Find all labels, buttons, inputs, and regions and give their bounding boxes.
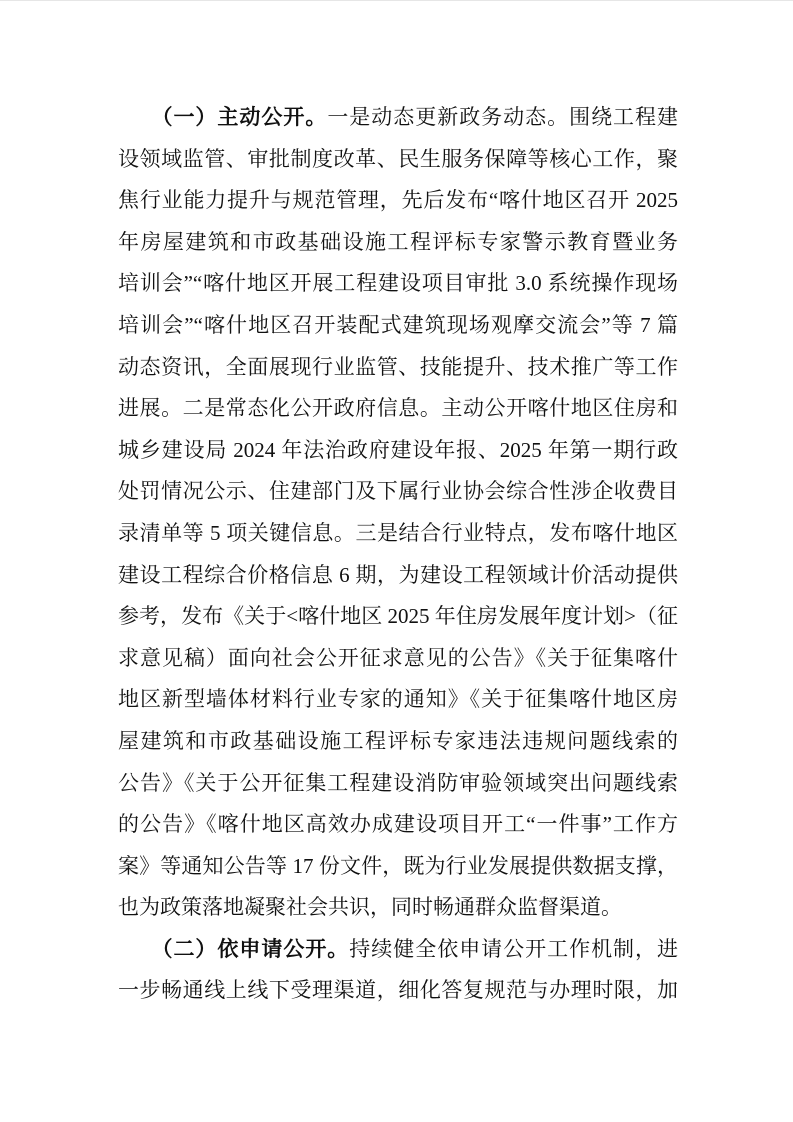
text-line: 一步畅通线上线下受理渠道，细化答复规范与办理时限，加	[118, 970, 678, 1012]
text-line: 设领域监管、审批制度改革、民生服务保障等核心工作，聚	[118, 139, 678, 181]
text-segment: 年房屋建筑和市政基础设施工程评标专家警示教育暨业务	[118, 230, 678, 254]
text-segment: 培训会”“喀什地区召开装配式建筑现场观摩交流会”等 7 篇	[118, 313, 678, 337]
text-line: 焦行业能力提升与规范管理，先后发布“喀什地区召开 2025	[118, 180, 678, 222]
text-line: 培训会”“喀什地区开展工程建设项目审批 3.0 系统操作现场	[118, 263, 678, 305]
page-top-edge	[0, 0, 793, 1]
text-line: 公告》《关于公开征集工程建设消防审验领域突出问题线索	[118, 763, 678, 805]
para-1: （一）主动公开。一是动态更新政务动态。围绕工程建设领域监管、审批制度改革、民生服…	[118, 97, 678, 929]
text-segment: 动态资讯，全面展现行业监管、技能提升、技术推广等工作	[118, 355, 678, 379]
text-line: 也为政策落地凝聚社会共识，同时畅通群众监督渠道。	[118, 887, 678, 929]
text-line: 年房屋建筑和市政基础设施工程评标专家警示教育暨业务	[118, 222, 678, 264]
text-segment: 屋建筑和市政基础设施工程评标专家违法违规问题线索的	[118, 729, 678, 753]
text-segment: 地区新型墙体材料行业专家的通知》《关于征集喀什地区房	[118, 687, 678, 711]
text-segment: 建设工程综合价格信息 6 期，为建设工程领域计价活动提供	[118, 563, 678, 587]
text-segment: 录清单等 5 项关键信息。三是结合行业特点，发布喀什地区	[118, 521, 678, 545]
text-segment: 设领域监管、审批制度改革、民生服务保障等核心工作，聚	[118, 147, 678, 171]
text-segment: 一步畅通线上线下受理渠道，细化答复规范与办理时限，加	[118, 978, 678, 1002]
text-segment: 的公告》《喀什地区高效办成建设项目开工“一件事”工作方	[118, 812, 678, 836]
text-line: 动态资讯，全面展现行业监管、技能提升、技术推广等工作	[118, 347, 678, 389]
text-line: 求意见稿）面向社会公开征求意见的公告》《关于征集喀什	[118, 638, 678, 680]
text-segment: 进展。二是常态化公开政府信息。主动公开喀什地区住房和	[118, 396, 678, 420]
bold-text-segment: （二）依申请公开。	[162, 937, 349, 961]
text-segment: 持续健全依申请公开工作机制，进	[349, 937, 678, 961]
text-segment	[118, 105, 162, 129]
text-segment: 参考，发布《关于<喀什地区 2025 年住房发展年度计划>（征	[118, 604, 678, 628]
text-line: 录清单等 5 项关键信息。三是结合行业特点，发布喀什地区	[118, 513, 678, 555]
text-segment: 培训会”“喀什地区开展工程建设项目审批 3.0 系统操作现场	[118, 271, 678, 295]
text-line: （二）依申请公开。持续健全依申请公开工作机制，进	[118, 929, 678, 971]
text-line: 屋建筑和市政基础设施工程评标专家违法违规问题线索的	[118, 721, 678, 763]
bold-text-segment: （一）主动公开。	[162, 105, 327, 129]
text-segment: 城乡建设局 2024 年法治政府建设年报、2025 年第一期行政	[118, 438, 678, 462]
text-line: 案》等通知公告等 17 份文件，既为行业发展提供数据支撑，	[118, 846, 678, 888]
text-segment: 公告》《关于公开征集工程建设消防审验领域突出问题线索	[118, 771, 678, 795]
text-segment	[118, 937, 162, 961]
text-line: 城乡建设局 2024 年法治政府建设年报、2025 年第一期行政	[118, 430, 678, 472]
para-2: （二）依申请公开。持续健全依申请公开工作机制，进一步畅通线上线下受理渠道，细化答…	[118, 929, 678, 1012]
document-text-block: （一）主动公开。一是动态更新政务动态。围绕工程建设领域监管、审批制度改革、民生服…	[118, 97, 678, 1012]
text-line: （一）主动公开。一是动态更新政务动态。围绕工程建	[118, 97, 678, 139]
text-line: 地区新型墙体材料行业专家的通知》《关于征集喀什地区房	[118, 679, 678, 721]
text-segment: 也为政策落地凝聚社会共识，同时畅通群众监督渠道。	[118, 895, 622, 919]
text-line: 参考，发布《关于<喀什地区 2025 年住房发展年度计划>（征	[118, 596, 678, 638]
text-segment: 案》等通知公告等 17 份文件，既为行业发展提供数据支撑，	[118, 854, 678, 878]
text-segment: 处罚情况公示、住建部门及下属行业协会综合性涉企收费目	[118, 479, 678, 503]
text-segment: 焦行业能力提升与规范管理，先后发布“喀什地区召开 2025	[118, 188, 678, 212]
text-line: 培训会”“喀什地区召开装配式建筑现场观摩交流会”等 7 篇	[118, 305, 678, 347]
text-line: 进展。二是常态化公开政府信息。主动公开喀什地区住房和	[118, 388, 678, 430]
text-line: 建设工程综合价格信息 6 期，为建设工程领域计价活动提供	[118, 555, 678, 597]
text-line: 的公告》《喀什地区高效办成建设项目开工“一件事”工作方	[118, 804, 678, 846]
text-line: 处罚情况公示、住建部门及下属行业协会综合性涉企收费目	[118, 471, 678, 513]
text-segment: 求意见稿）面向社会公开征求意见的公告》《关于征集喀什	[118, 646, 678, 670]
text-segment: 一是动态更新政务动态。围绕工程建	[327, 105, 678, 129]
